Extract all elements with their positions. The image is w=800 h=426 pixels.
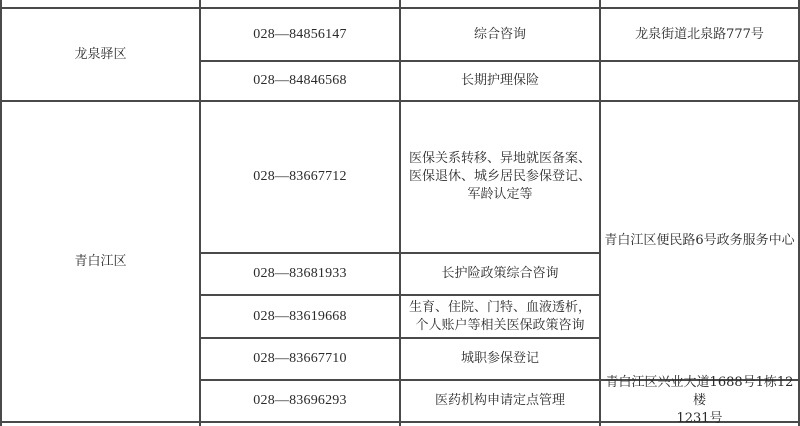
address-text: 青白江区便民路6号政务服务中心 [604, 232, 794, 250]
phone-number: 028—83681933 [253, 265, 346, 283]
phone-cell: 028—83667710 [201, 339, 399, 379]
service-description: 城职参保登记 [461, 350, 539, 368]
service-cell: 综合咨询 [401, 9, 599, 60]
service-cell: 长护险政策综合咨询 [401, 254, 599, 294]
phone-number: 028—83667710 [253, 350, 346, 368]
service-description: 长期护理保险 [461, 72, 539, 90]
address-cell: 青白江区兴业大道1688号1栋12楼 1231号 [601, 381, 798, 421]
district-label: 龙泉驿区 [74, 46, 126, 64]
district-label: 青白江区 [74, 253, 126, 271]
service-description: 医药机构申请定点管理 [435, 392, 565, 410]
district-cell-qingbaijiang: 青白江区 [2, 102, 199, 421]
phone-cell: 028—83667712 [201, 102, 399, 252]
service-cell: 长期护理保险 [401, 62, 599, 100]
phone-cell: 028—84856147 [201, 9, 399, 60]
phone-number: 028—83667712 [253, 168, 346, 186]
phone-cell: 028—84846568 [201, 62, 399, 100]
service-cell: 城职参保登记 [401, 339, 599, 379]
address-text: 龙泉街道北泉路777号 [635, 26, 764, 44]
service-description: 生育、住院、门特、血液透析， 个人账户等相关医保政策咨询 [409, 299, 591, 335]
address-cell-merged: 青白江区便民路6号政务服务中心 [601, 102, 798, 379]
service-description: 综合咨询 [474, 26, 526, 44]
phone-cell: 028—83696293 [201, 381, 399, 421]
address-cell-empty [601, 62, 798, 100]
phone-cell: 028—83619668 [201, 296, 399, 337]
phone-number: 028—83696293 [253, 392, 346, 410]
district-cell-longquanyi: 龙泉驿区 [2, 9, 199, 100]
address-cell: 龙泉街道北泉路777号 [601, 9, 798, 60]
service-cell: 医保关系转移、异地就医备案、 医保退休、城乡居民参保登记、 军龄认定等 [401, 102, 599, 252]
service-contact-table: 龙泉驿区 028—84856147 综合咨询 龙泉街道北泉路777号 028—8… [0, 0, 800, 426]
address-text: 青白江区兴业大道1688号1栋12楼 1231号 [603, 374, 796, 426]
phone-number: 028—84856147 [253, 26, 346, 44]
phone-number: 028—84846568 [253, 72, 346, 90]
service-description: 长护险政策综合咨询 [441, 265, 558, 283]
service-cell: 生育、住院、门特、血液透析， 个人账户等相关医保政策咨询 [401, 296, 599, 337]
phone-cell: 028—83681933 [201, 254, 399, 294]
service-cell: 医药机构申请定点管理 [401, 381, 599, 421]
service-description: 医保关系转移、异地就医备案、 医保退休、城乡居民参保登记、 军龄认定等 [409, 150, 591, 204]
phone-number: 028—83619668 [253, 308, 346, 326]
